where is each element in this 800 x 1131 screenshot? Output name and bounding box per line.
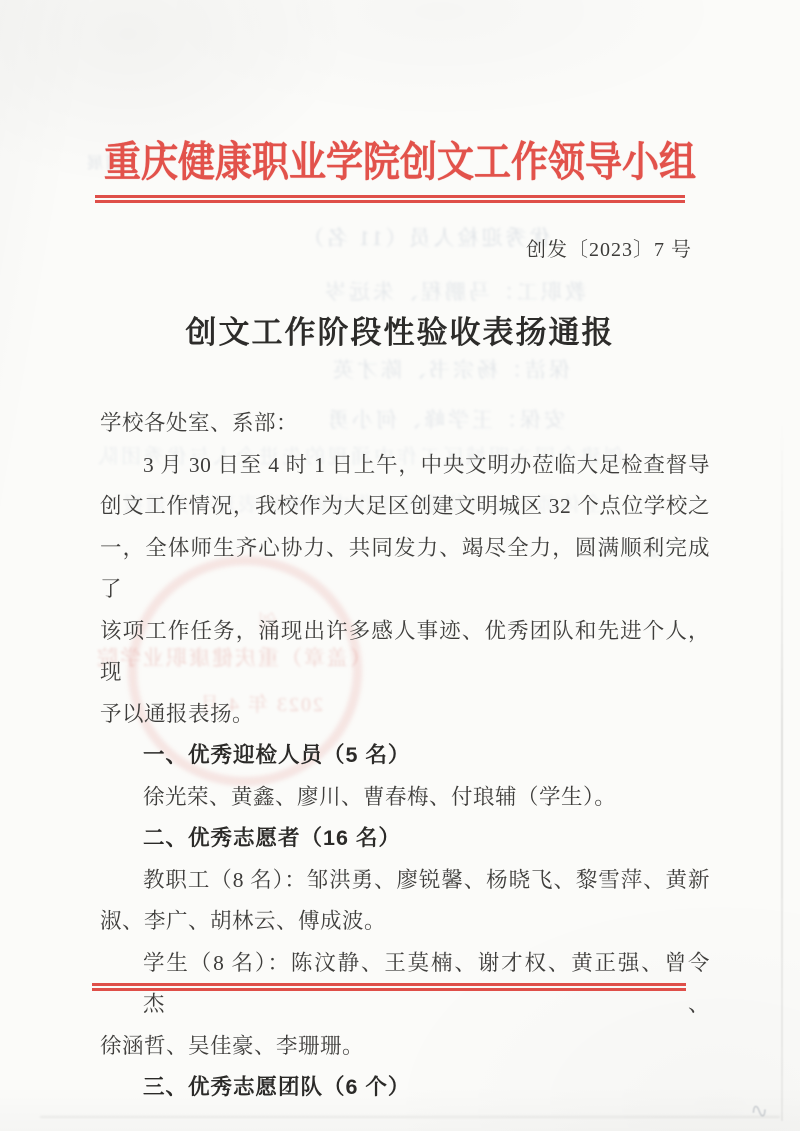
doc-number: 创发〔2023〕7 号 xyxy=(526,233,692,262)
org-title: 重庆健康职业学院创文工作领导小组 xyxy=(0,128,800,188)
body-line: 一、优秀迎检人员（5 名） xyxy=(100,735,710,777)
body-line: 一，全体师生齐心协力、共同发力、竭尽全力，圆满顺利完成了 xyxy=(100,528,710,611)
footer-rule-line-bottom xyxy=(92,988,686,991)
body-line: 学校各处室、系部： xyxy=(100,403,710,445)
body-line: 徐涵哲、吴佳豪、李珊珊。 xyxy=(100,1026,710,1068)
body-line: 3 月 30 日至 4 时 1 日上午，中央文明办莅临大足检查督导 xyxy=(100,445,710,487)
bleedthrough-text: 教职工：马鹏程、朱远岑 xyxy=(322,276,586,306)
header-rule xyxy=(95,195,685,203)
paper-right-edge-shadow xyxy=(781,420,783,1121)
bleedthrough-text: ∿ xyxy=(748,1097,770,1125)
body-line: 淑、李广、胡林云、傅成波。 xyxy=(100,901,710,943)
body-line: 予以通报表扬。 xyxy=(100,694,710,736)
footer-rule xyxy=(92,983,686,991)
body-line: 教职工（8 名）：邹洪勇、廖锐馨、杨晓飞、黎雪萍、黄新 xyxy=(100,860,710,902)
document-body: 学校各处室、系部：3 月 30 日至 4 时 1 日上午，中央文明办莅临大足检查… xyxy=(100,403,710,1109)
header-rule-line-bottom xyxy=(95,200,685,203)
paper-bottom-edge-shadow xyxy=(40,1116,780,1118)
body-line: 徐光荣、黄鑫、廖川、曹春梅、付琅辅（学生）。 xyxy=(100,777,710,819)
body-line: 二、优秀志愿者（16 名） xyxy=(100,818,710,860)
body-line: 该项工作任务，涌现出许多感人事迹、优秀团队和先进个人，现 xyxy=(100,611,710,694)
bleedthrough-text: 保洁：杨宗书、陈才英 xyxy=(330,354,570,384)
document-title: 创文工作阶段性验收表扬通报 xyxy=(0,307,800,352)
body-line: 三、优秀志愿团队（6 个） xyxy=(100,1067,710,1109)
body-line: 创文工作情况，我校作为大足区创建文明城区 32 个点位学校之 xyxy=(100,486,710,528)
bleedthrough-text: 优秀迎检人员（11 名） xyxy=(300,222,550,252)
scanned-document-page: 优秀迎检人员（11 名）教职工：马鹏程、朱远岑保洁：杨宗书、陈才英安保：王学峰、… xyxy=(0,0,800,1131)
